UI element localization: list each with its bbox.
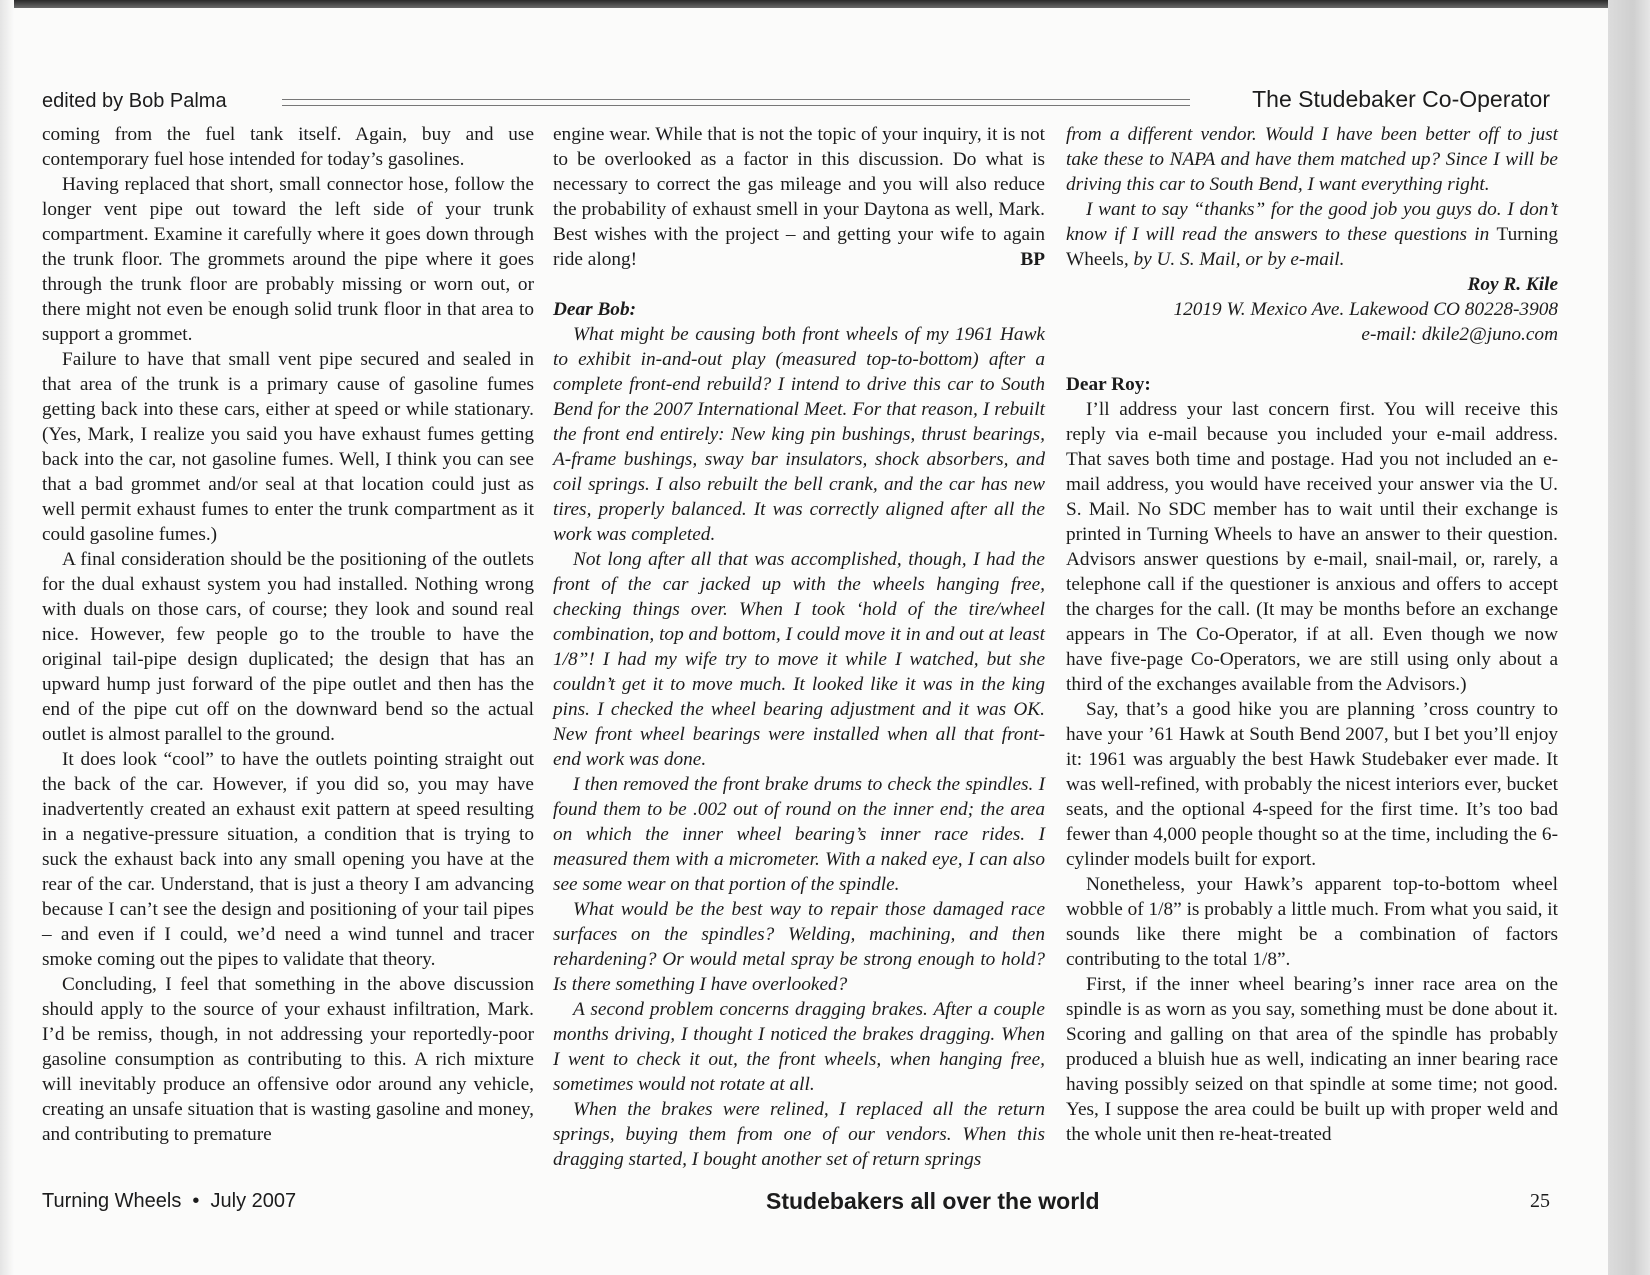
section-title: The Studebaker Co-Operator [1252,86,1550,113]
scan-left-edge [0,0,14,1275]
column-2: engine wear. While that is not the topic… [553,122,1045,1172]
page-header: edited by Bob Palma The Studebaker Co-Op… [42,90,1550,120]
paragraph: coming from the fuel tank itself. Again,… [42,122,534,172]
letter-paragraph: A second problem concerns dragging brake… [553,997,1045,1097]
editor-credit: edited by Bob Palma [42,90,227,113]
page-number: 25 [1530,1190,1550,1213]
paragraph: Failure to have that small vent pipe sec… [42,347,534,547]
scan-top-edge [0,0,1650,8]
paragraph: A final consideration should be the posi… [42,547,534,747]
paragraph: It does look “cool” to have the outlets … [42,747,534,972]
column-1: coming from the fuel tank itself. Again,… [42,122,534,1147]
signature-name: Roy R. Kile [1066,272,1558,297]
salutation-dear-bob: Dear Bob: [553,297,1045,322]
footer-tagline: Studebakers all over the world [766,1188,1100,1215]
letter-paragraph: What would be the best way to repair tho… [553,897,1045,997]
page-footer: Turning Wheels • July 2007 Studebakers a… [42,1190,1550,1220]
issue-info: Turning Wheels • July 2007 [42,1190,296,1213]
reply-paragraph: I’ll address your last concern first. Yo… [1066,397,1558,697]
letter-paragraph: from a different vendor. Would I have be… [1066,122,1558,197]
letter-paragraph: I then removed the front brake drums to … [553,772,1045,897]
reply-paragraph: Nonetheless, your Hawk’s apparent top-to… [1066,872,1558,972]
salutation-dear-roy: Dear Roy: [1066,372,1558,397]
letter-paragraph: I want to say “thanks” for the good job … [1066,197,1558,272]
letter-paragraph: Not long after all that was accomplished… [553,547,1045,772]
column-3: from a different vendor. Would I have be… [1066,122,1558,1147]
reply-paragraph: Say, that’s a good hike you are planning… [1066,697,1558,872]
header-rule [282,99,1190,106]
signature-email: e-mail: dkile2@juno.com [1066,322,1558,347]
scan-right-edge [1608,0,1650,1275]
reply-paragraph: First, if the inner wheel bearing’s inne… [1066,972,1558,1147]
letter-paragraph: What might be causing both front wheels … [553,322,1045,547]
letter-paragraph: When the brakes were relined, I replaced… [553,1097,1045,1172]
signature-address: 12019 W. Mexico Ave. Lakewood CO 80228-3… [1066,297,1558,322]
paragraph: Concluding, I feel that something in the… [42,972,534,1147]
paragraph: Having replaced that short, small connec… [42,172,534,347]
